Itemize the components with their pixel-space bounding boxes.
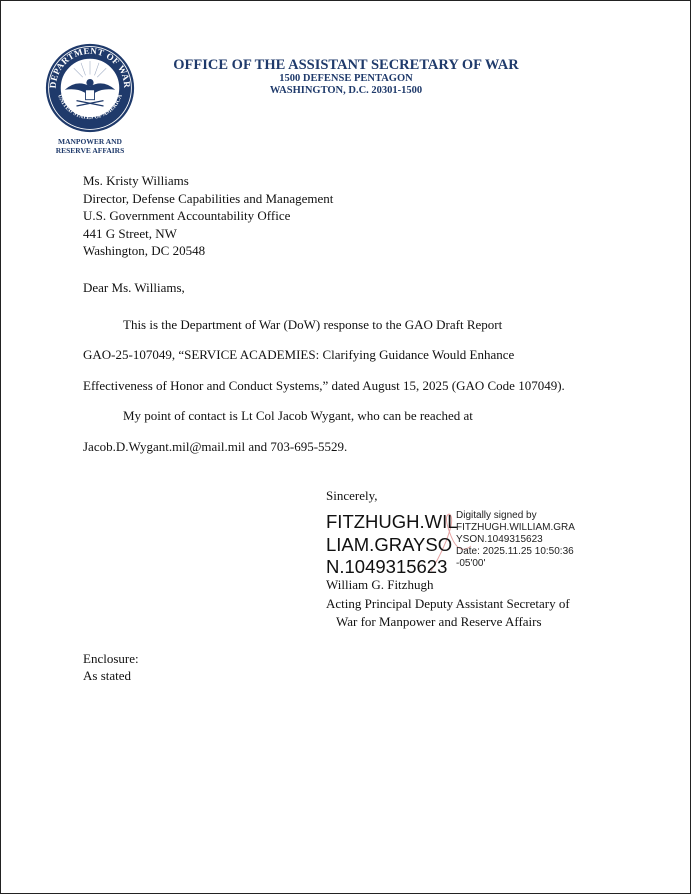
office-address-line1: 1500 DEFENSE PENTAGON [151,73,541,85]
office-address-line2: WASHINGTON, D.C. 20301-1500 [151,85,541,97]
digital-signature-details: Digitally signed by FITZHUGH.WILLIAM.GRA… [456,510,575,570]
digital-name-line: FITZHUGH.WIL [326,511,458,534]
body-paragraph-2-line: Jacob.D.Wygant.mil@mail.mil and 703-695-… [83,439,347,455]
division-line: MANPOWER AND [39,137,141,146]
digital-detail-line: Date: 2025.11.25 10:50:36 [456,546,575,558]
digital-detail-line: -05'00' [456,558,575,570]
digital-detail-line: Digitally signed by [456,510,575,522]
department-of-war-seal-icon: DEPARTMENT OF WAR UNITED STATES OF AMERI… [45,43,135,133]
office-title: OFFICE OF THE ASSISTANT SECRETARY OF WAR [151,57,541,73]
body-paragraph-1-line: GAO-25-107049, “SERVICE ACADEMIES: Clari… [83,347,514,363]
body-paragraph-2-line: My point of contact is Lt Col Jacob Wyga… [123,408,473,424]
closing: Sincerely, [326,488,378,504]
letterhead-header: OFFICE OF THE ASSISTANT SECRETARY OF WAR… [151,57,541,97]
body-paragraph-1-line: This is the Department of War (DoW) resp… [123,317,502,333]
signer-title-line2: War for Manpower and Reserve Affairs [336,614,542,630]
digital-detail-line: FITZHUGH.WILLIAM.GRA [456,522,575,534]
signer-title-line1: Acting Principal Deputy Assistant Secret… [326,596,570,612]
digital-name-line: LIAM.GRAYSO [326,534,458,557]
recipient-title: Director, Defense Capabilities and Manag… [83,190,333,208]
recipient-city: Washington, DC 20548 [83,242,333,260]
letter-page: DEPARTMENT OF WAR UNITED STATES OF AMERI… [0,0,691,894]
recipient-org: U.S. Government Accountability Office [83,207,333,225]
enclosure-value: As stated [83,668,131,684]
digital-detail-line: YSON.1049315623 [456,534,575,546]
division-line: RESERVE AFFAIRS [39,146,141,155]
enclosure-label: Enclosure: [83,651,139,667]
signer-name: William G. Fitzhugh [326,577,433,593]
recipient-street: 441 G Street, NW [83,225,333,243]
digital-signature-name: FITZHUGH.WIL LIAM.GRAYSO N.1049315623 [326,511,458,579]
division-label: MANPOWER AND RESERVE AFFAIRS [39,137,141,155]
digital-name-line: N.1049315623 [326,556,458,579]
body-paragraph-1-line: Effectiveness of Honor and Conduct Syste… [83,378,565,394]
recipient-name: Ms. Kristy Williams [83,172,333,190]
salutation: Dear Ms. Williams, [83,280,185,296]
recipient-address: Ms. Kristy Williams Director, Defense Ca… [83,172,333,260]
